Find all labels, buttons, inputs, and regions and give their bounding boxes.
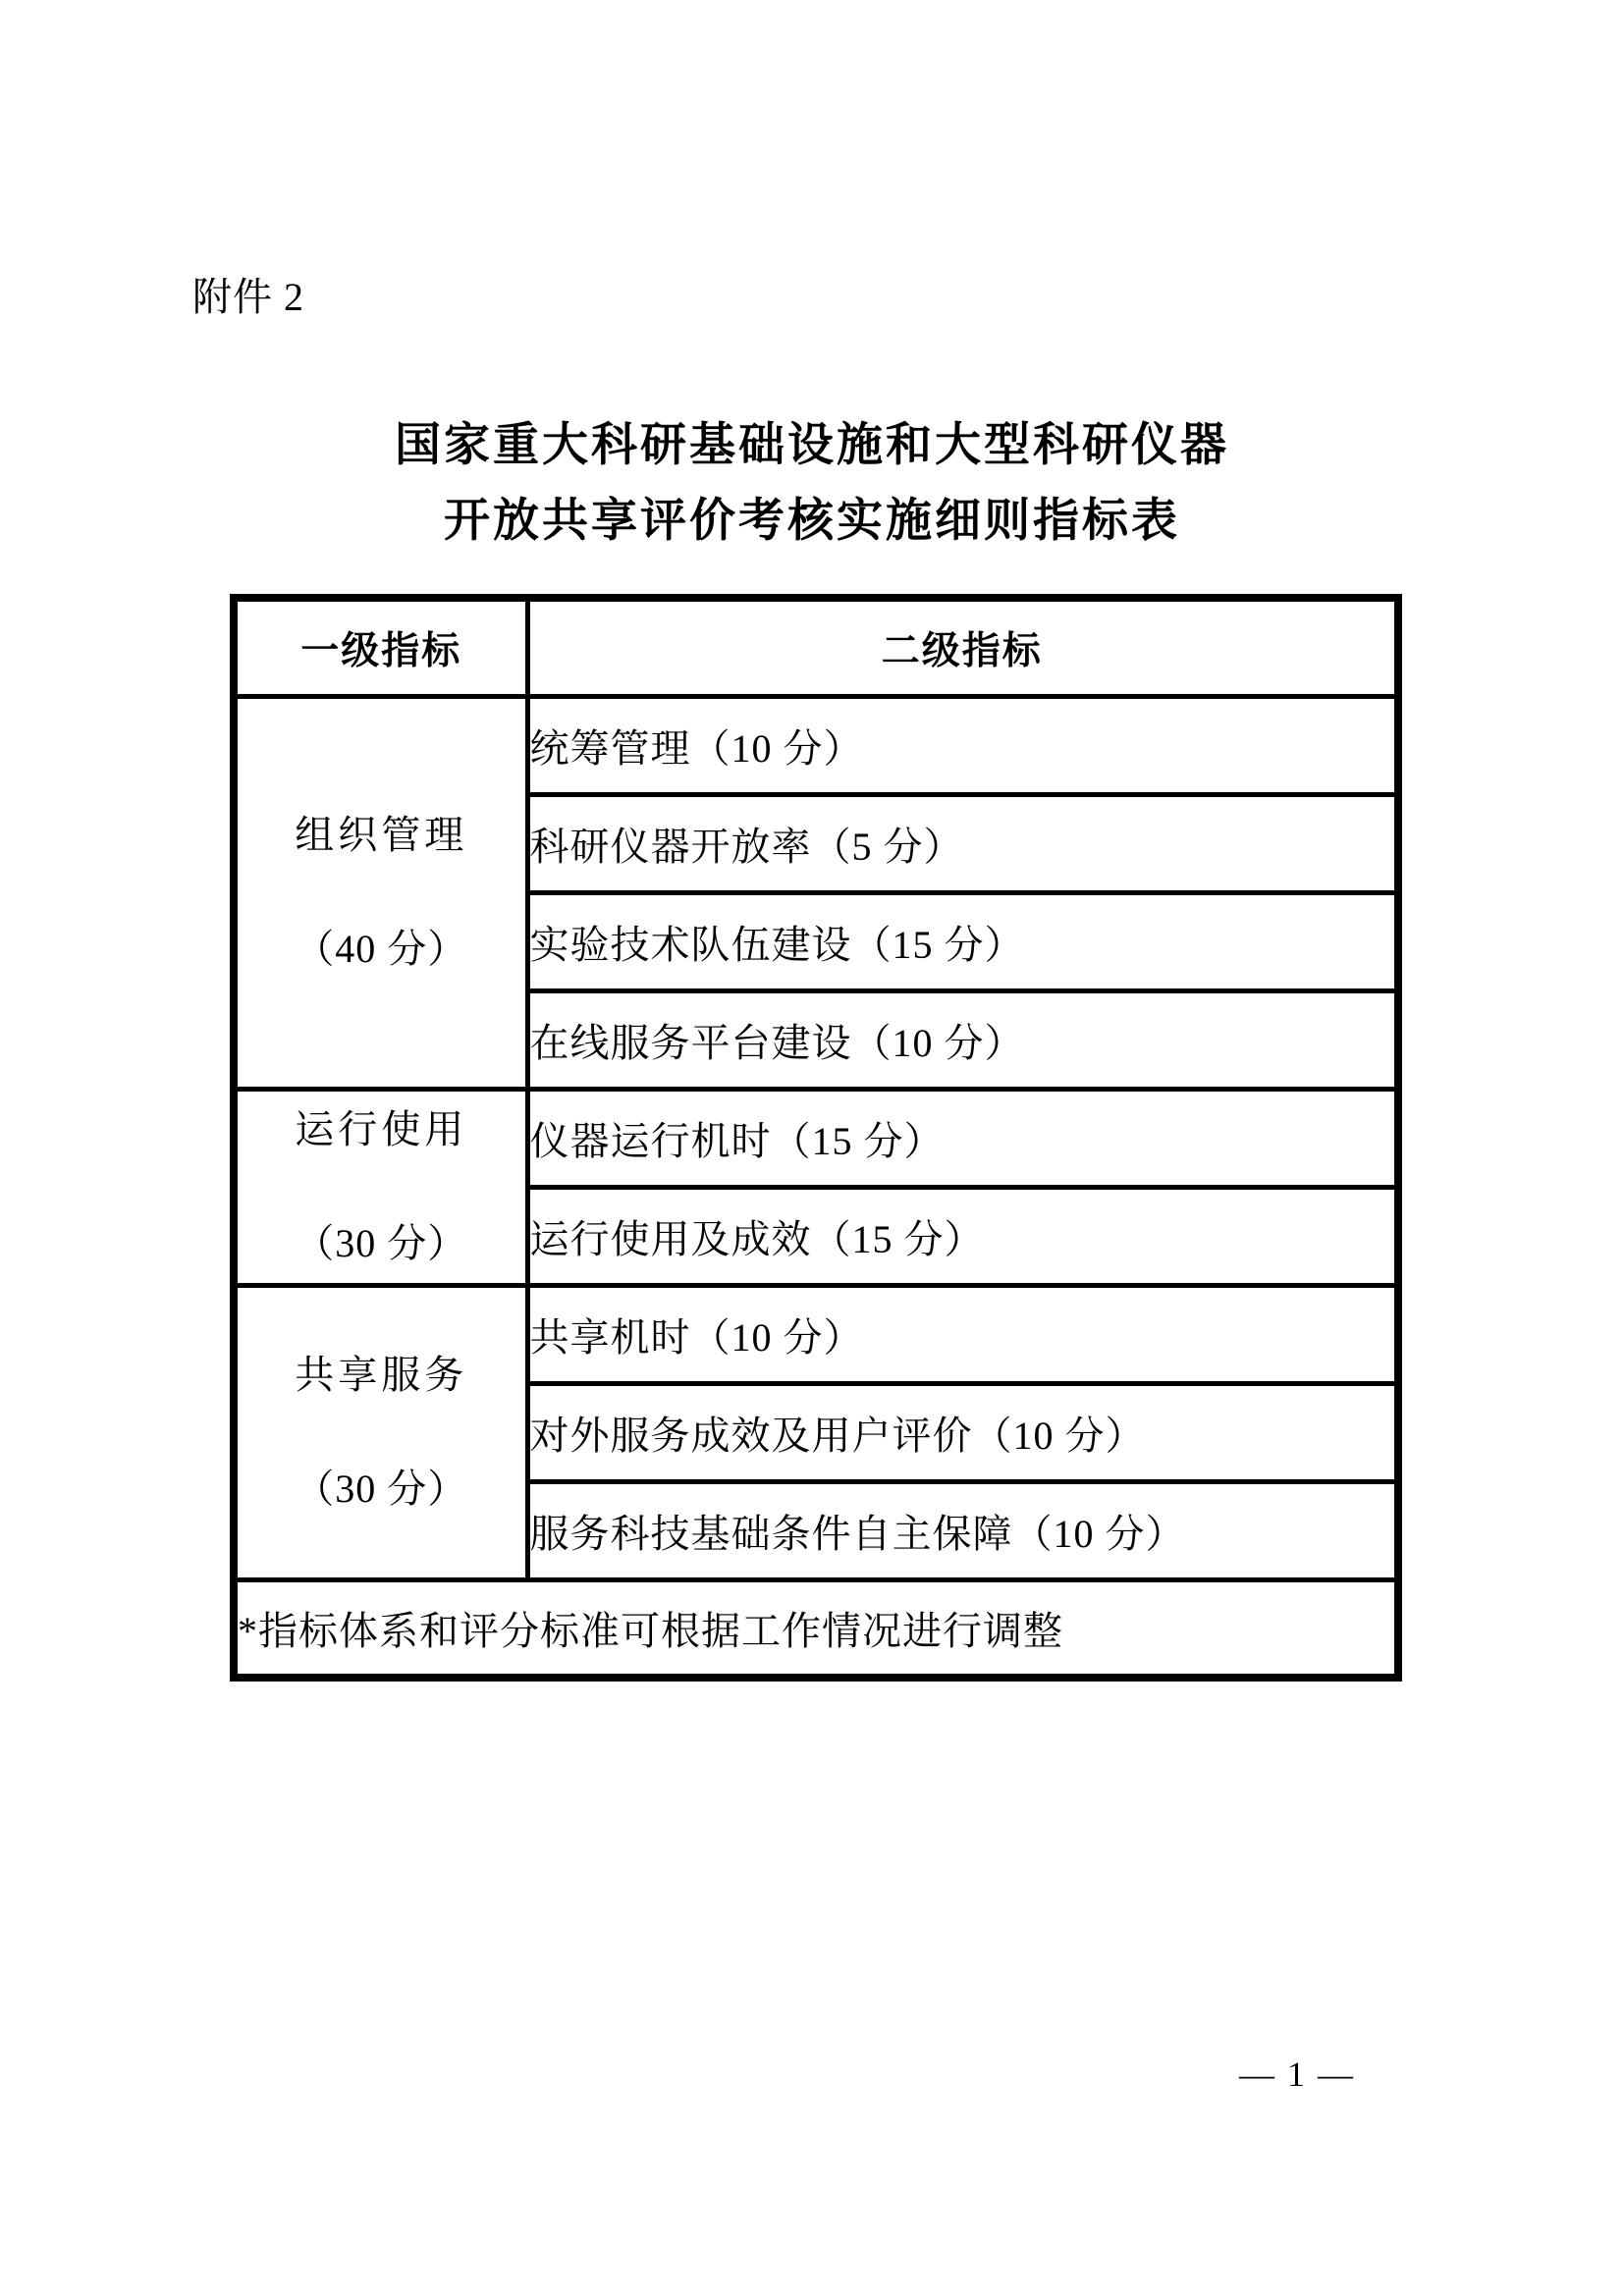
level2-cell: 统筹管理（10 分） bbox=[527, 696, 1398, 794]
title-line-1: 国家重大科研基础设施和大型科研仪器 bbox=[0, 408, 1624, 484]
level1-name: 运行使用 bbox=[238, 1104, 525, 1155]
table-row: 共享服务 （30 分） 共享机时（10 分） bbox=[234, 1285, 1398, 1383]
level2-cell: 仪器运行机时（15 分） bbox=[527, 1089, 1398, 1187]
level1-cell-sharing-service: 共享服务 （30 分） bbox=[234, 1285, 527, 1579]
level1-name: 组织管理 bbox=[238, 810, 525, 861]
level1-score: （40 分） bbox=[238, 924, 525, 975]
level1-name: 共享服务 bbox=[238, 1350, 525, 1401]
indicator-table: 一级指标 二级指标 组织管理 （40 分） 统筹管理（10 分） 科研仪器开放率… bbox=[230, 594, 1402, 1682]
table-header-row: 一级指标 二级指标 bbox=[234, 598, 1398, 696]
attachment-label: 附件 2 bbox=[192, 274, 304, 321]
level2-cell: 共享机时（10 分） bbox=[527, 1285, 1398, 1383]
header-level2-indicator: 二级指标 bbox=[527, 598, 1398, 696]
document-page: 附件 2 国家重大科研基础设施和大型科研仪器 开放共享评价考核实施细则指标表 一… bbox=[0, 0, 1624, 2296]
level2-cell: 对外服务成效及用户评价（10 分） bbox=[527, 1383, 1398, 1481]
level1-score: （30 分） bbox=[238, 1218, 525, 1269]
level2-cell: 服务科技基础条件自主保障（10 分） bbox=[527, 1481, 1398, 1579]
header-level1-indicator: 一级指标 bbox=[234, 598, 527, 696]
table-row: 运行使用 （30 分） 仪器运行机时（15 分） bbox=[234, 1089, 1398, 1187]
level1-score: （30 分） bbox=[238, 1464, 525, 1515]
table-footnote: *指标体系和评分标准可根据工作情况进行调整 bbox=[234, 1579, 1398, 1678]
title-line-2: 开放共享评价考核实施细则指标表 bbox=[0, 484, 1624, 560]
table-footnote-row: *指标体系和评分标准可根据工作情况进行调整 bbox=[234, 1579, 1398, 1678]
page-number: — 1 — bbox=[1199, 2055, 1395, 2094]
level2-cell: 运行使用及成效（15 分） bbox=[527, 1187, 1398, 1285]
level2-cell: 实验技术队伍建设（15 分） bbox=[527, 892, 1398, 990]
level2-cell: 在线服务平台建设（10 分） bbox=[527, 990, 1398, 1089]
level2-cell: 科研仪器开放率（5 分） bbox=[527, 794, 1398, 892]
level1-cell-organization-management: 组织管理 （40 分） bbox=[234, 696, 527, 1089]
table-row: 组织管理 （40 分） 统筹管理（10 分） bbox=[234, 696, 1398, 794]
level1-cell-operation-use: 运行使用 （30 分） bbox=[234, 1089, 527, 1285]
document-title: 国家重大科研基础设施和大型科研仪器 开放共享评价考核实施细则指标表 bbox=[0, 408, 1624, 560]
